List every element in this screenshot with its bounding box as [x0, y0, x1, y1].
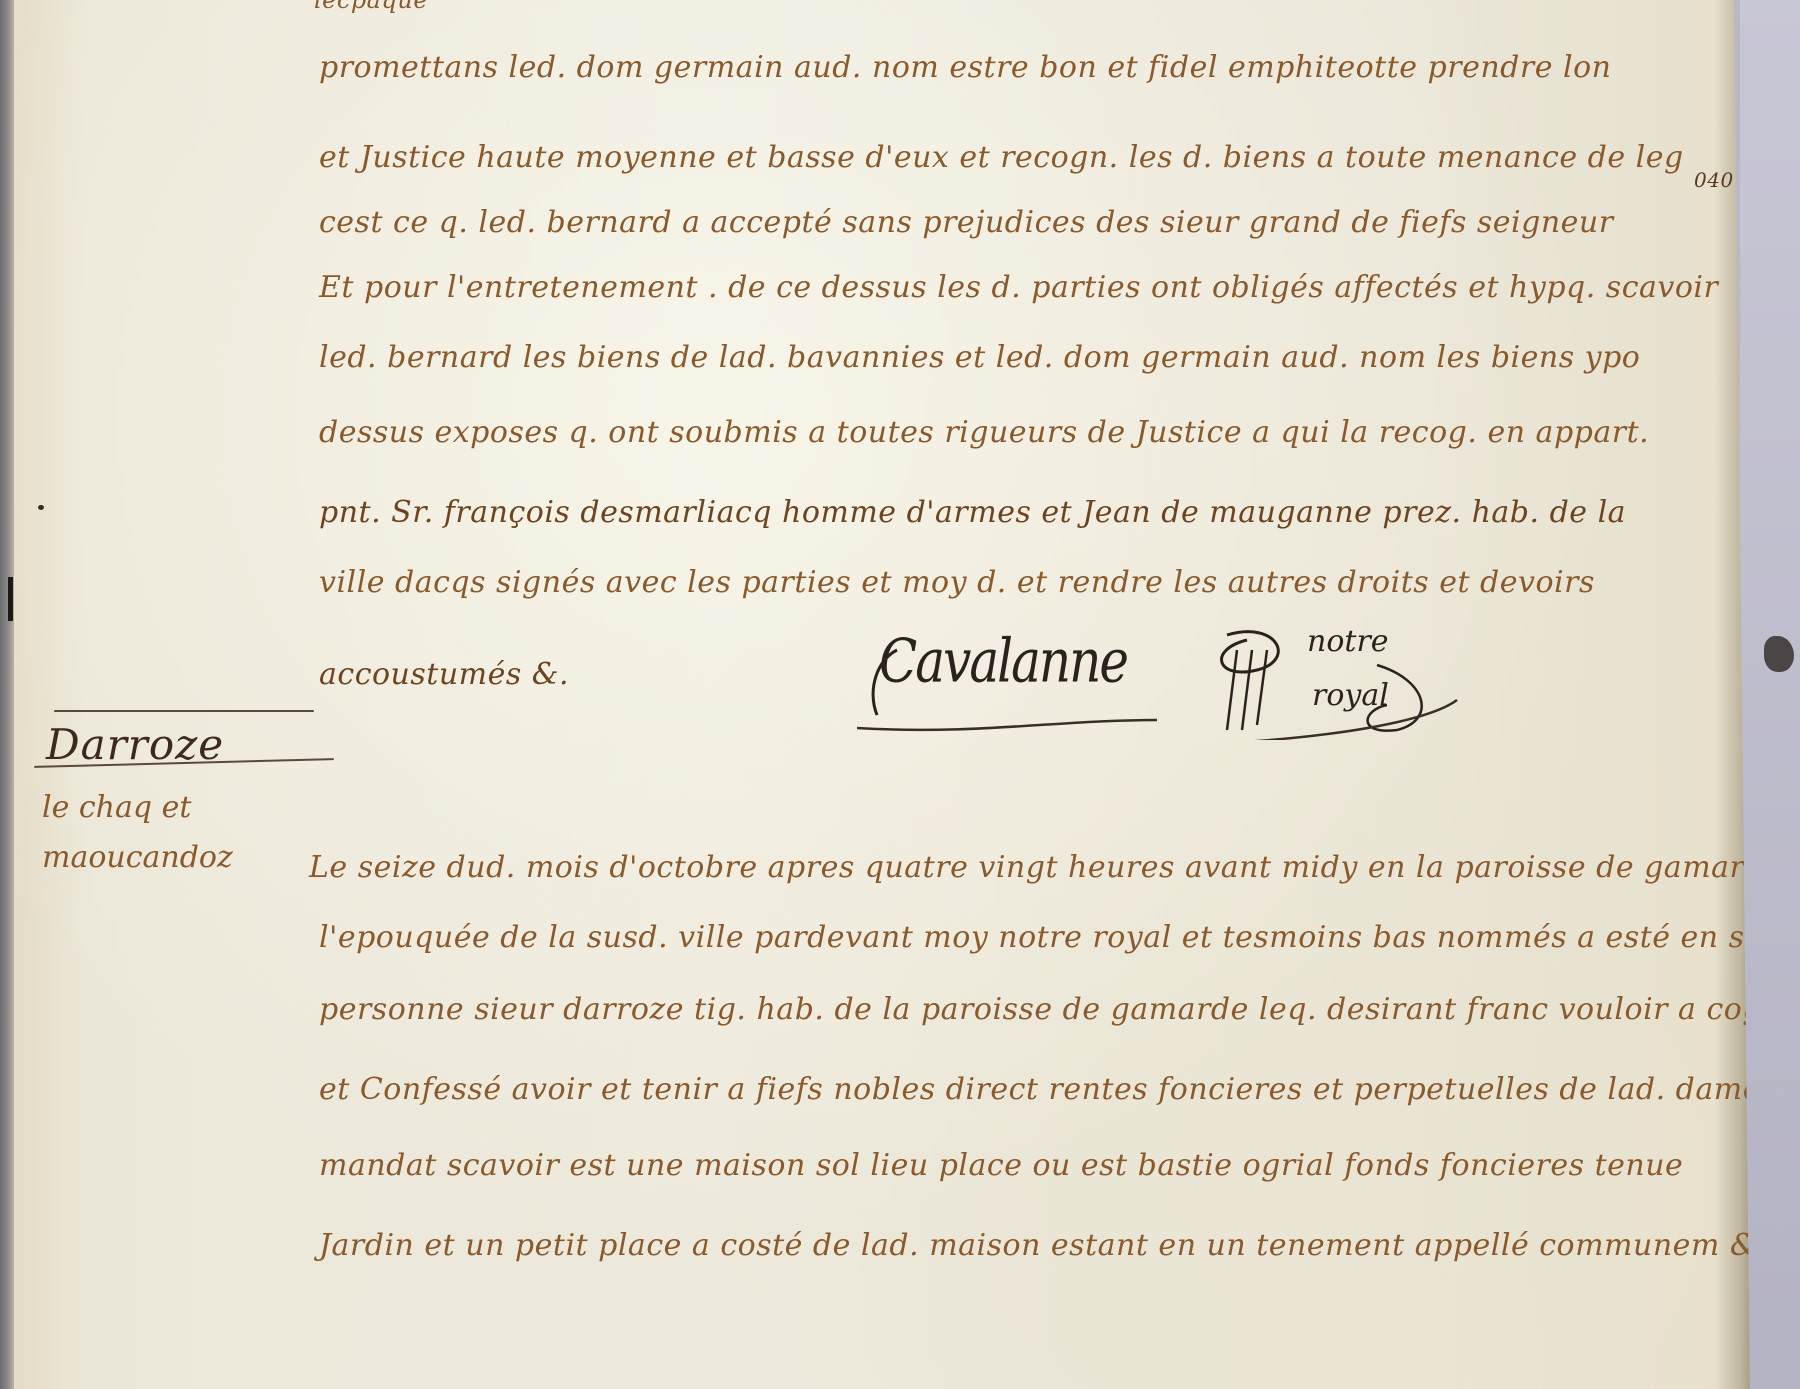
entry2-line-4: et Confessé avoir et tenir a fiefs noble… — [319, 1072, 1800, 1107]
manuscript-page: lecpaque promettans led. dom germain aud… — [14, 0, 1774, 1389]
margin-note-line-2: maoucandoz — [42, 840, 233, 875]
signature-title: royal — [1312, 678, 1389, 713]
text-line-5: led. bernard les biens de lad. bavannies… — [319, 340, 1640, 375]
text-line-4: Et pour l'entretenement . de ce dessus l… — [319, 270, 1718, 305]
text-fragment-top: lecpaque — [314, 0, 428, 14]
ink-dot — [38, 505, 44, 510]
page-left-edge — [0, 0, 14, 1389]
margin-folio-number: 040 — [1694, 168, 1734, 192]
text-line-8: ville dacqs signés avec les parties et m… — [319, 565, 1595, 600]
text-line-7: pnt. Sr. françois desmarliacq homme d'ar… — [319, 495, 1626, 530]
text-line-2: et Justice haute moyenne et basse d'eux … — [319, 140, 1684, 175]
signature-mark: notre — [1307, 624, 1389, 659]
text-line-3: cest ce q. led. bernard a accepté sans p… — [319, 205, 1614, 240]
text-line-9: accoustumés &. — [319, 657, 569, 692]
entry2-line-5: mandat scavoir est une maison sol lieu p… — [319, 1148, 1683, 1183]
margin-rule-top — [54, 710, 314, 712]
margin-note-line-1: le chaq et — [42, 790, 191, 825]
binding-tab — [8, 577, 13, 621]
entry2-line-2: l'epouquée de la susd. ville pardevant m… — [319, 920, 1763, 955]
signature-name: Cavalanne — [879, 626, 1127, 696]
text-line-1: promettans led. dom germain aud. nom est… — [319, 50, 1611, 85]
ink-stain — [1764, 636, 1794, 672]
entry2-line-1: Le seize dud. mois d'octobre apres quatr… — [309, 850, 1800, 885]
text-line-6: dessus exposes q. ont soubmis a toutes r… — [319, 415, 1649, 450]
entry2-line-3: personne sieur darroze tig. hab. de la p… — [319, 992, 1800, 1027]
background-surface — [1740, 0, 1800, 1389]
notary-signature: Cavalanne notre royal — [857, 620, 1507, 740]
entry2-line-6: Jardin et un petit place a costé de lad.… — [319, 1228, 1757, 1263]
